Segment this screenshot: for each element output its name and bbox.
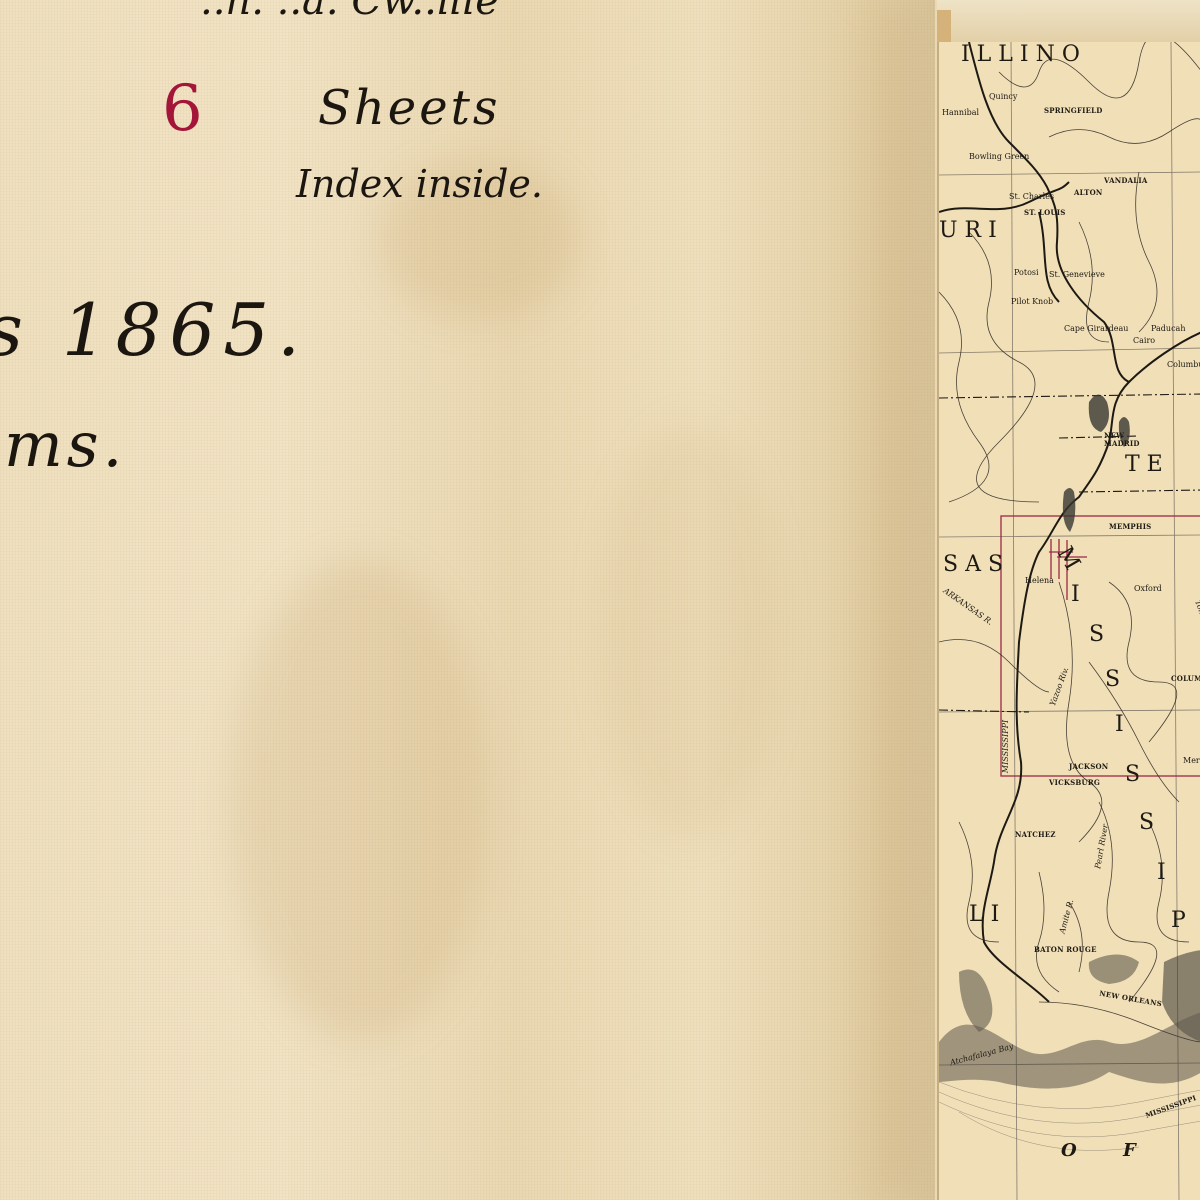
water-stain — [230, 560, 490, 1040]
gulf-label: O F — [1061, 1140, 1136, 1161]
city-label: Oxford — [1134, 584, 1162, 593]
city-label: Meridian — [1183, 756, 1200, 765]
state-label-tennessee: T E — [1125, 452, 1163, 477]
city-label: Cape Girardeau — [1064, 324, 1128, 333]
water-stain — [600, 420, 780, 840]
sheets-label: Sheets — [318, 80, 501, 136]
state-label-illinois: I L L I N O — [961, 42, 1080, 67]
city-label: ALTON — [1074, 188, 1103, 197]
city-label: Columbus — [1167, 360, 1200, 369]
city-label: Pilot Knob — [1011, 297, 1053, 306]
state-label-missouri: U R I — [939, 218, 997, 243]
state-letter: I — [1157, 860, 1166, 885]
ms-line: ms. — [4, 408, 126, 481]
state-letter: P — [1171, 908, 1186, 933]
state-letter: S — [1125, 762, 1140, 787]
city-label: Helena — [1025, 576, 1054, 585]
year-line: s 1865. — [0, 288, 308, 372]
city-label: COLUMBUS — [1171, 674, 1200, 683]
city-label: St. Charles — [1009, 192, 1054, 201]
city-label: Bowling Green — [969, 152, 1029, 161]
state-letter: S — [1105, 667, 1120, 692]
state-letter: S — [1139, 810, 1154, 835]
map-drawing — [939, 42, 1200, 1200]
city-label: St. Genevieve — [1049, 270, 1105, 279]
city-label: ST. LOUIS — [1024, 208, 1066, 217]
city-label: Cairo — [1133, 336, 1155, 345]
partial-title-text: ..n. ..a. Cw..ille — [200, 0, 499, 24]
city-label: MEMPHIS — [1109, 522, 1151, 531]
sheet-count: 6 — [162, 72, 203, 146]
city-label: Hannibal — [942, 108, 979, 117]
city-label: VICKSBURG — [1049, 778, 1100, 787]
spine-shadow — [860, 0, 930, 1200]
river-label: MISSISSIPPI — [1001, 720, 1010, 773]
state-label-louisiana: L I — [969, 902, 999, 927]
city-label: SPRINGFIELD — [1044, 106, 1103, 115]
state-letter: S — [1089, 622, 1104, 647]
state-letter: I — [1115, 712, 1124, 737]
map-strip: I L L I N O U R I T E S A S L I M I S S … — [937, 42, 1200, 1200]
state-label-arkansas: S A S — [943, 552, 1003, 577]
city-label: NATCHEZ — [1015, 830, 1056, 839]
state-letter: I — [1071, 582, 1080, 607]
city-label: Potosi — [1014, 268, 1039, 277]
index-note: Index inside. — [296, 162, 543, 206]
city-label: Quincy — [989, 92, 1017, 101]
map-tab-edge — [937, 0, 1200, 44]
city-label: Paducah — [1151, 324, 1185, 333]
cloth-cover: ..n. ..a. Cw..ille 6 Sheets Index inside… — [0, 0, 935, 1200]
city-label: VANDALIA — [1104, 176, 1147, 185]
city-label: BATON ROUGE — [1034, 945, 1097, 954]
city-label: JACKSON — [1069, 762, 1108, 771]
city-label: NEW MADRID — [1104, 432, 1144, 448]
